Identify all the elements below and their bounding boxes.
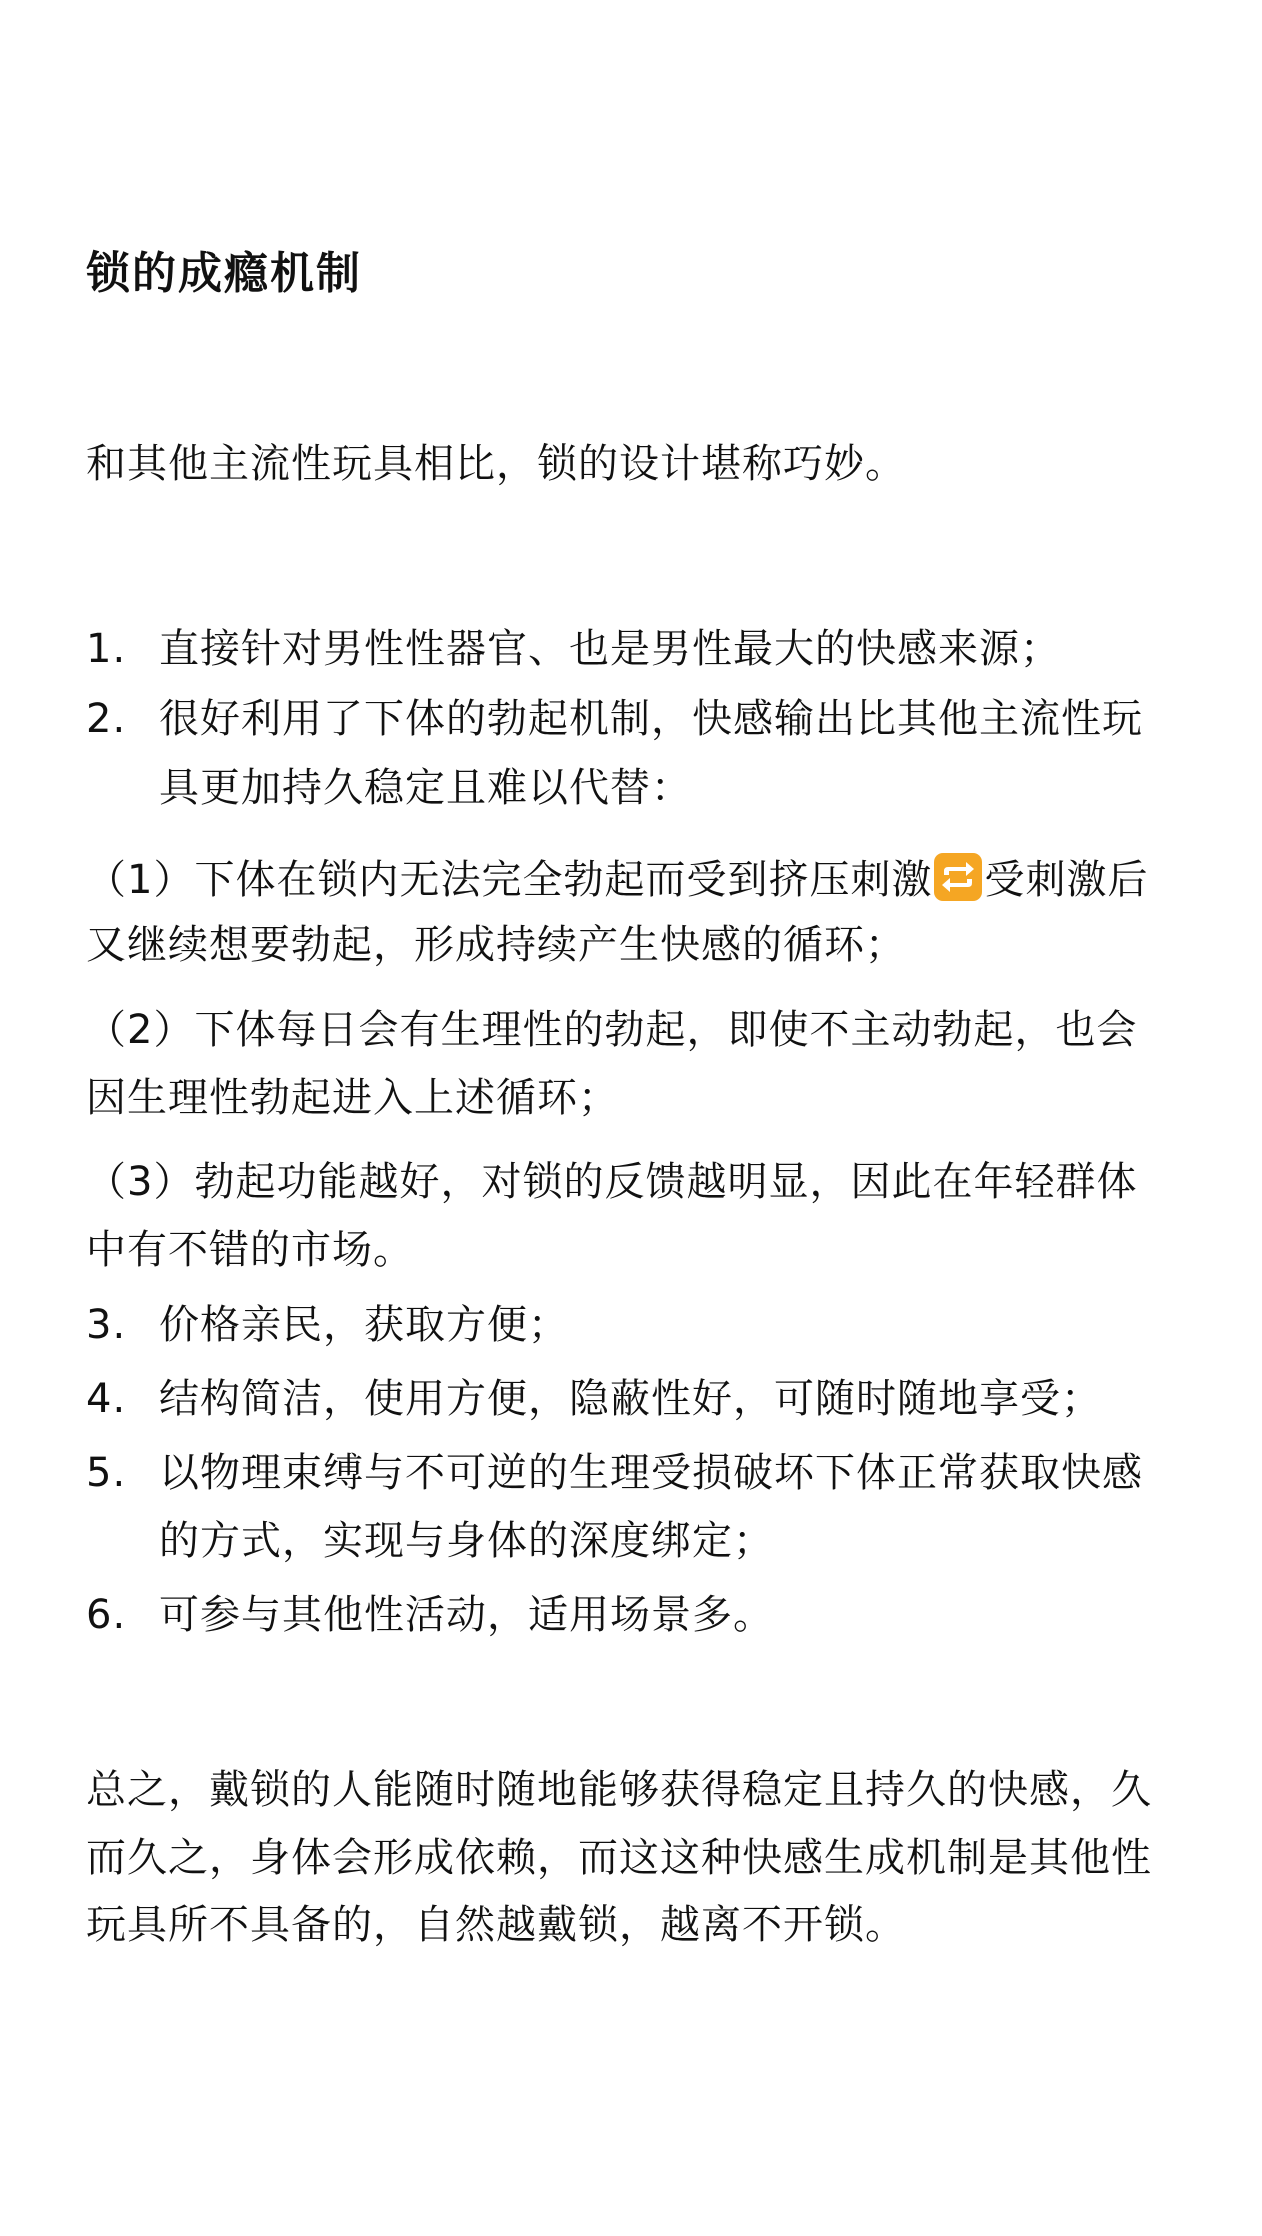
- sub-item-line-cont: 又继续想要勃起，形成持续产生快感的循环；: [86, 921, 906, 969]
- list-item-text-cont: 具更加持久稳定且难以代替：: [159, 764, 692, 812]
- list-item-text-cont: 的方式，实现与身体的深度绑定；: [159, 1517, 774, 1565]
- sub-item-line: （1）下体在锁内无法完全勃起而受到挤压刺激受刺激后: [86, 853, 1148, 904]
- sub-item-line-cont: 中有不错的市场。: [86, 1226, 414, 1274]
- list-item-text: 很好利用了下体的勃起机制，快感输出比其他主流性玩: [159, 695, 1143, 743]
- list-number: 2.: [86, 695, 156, 743]
- list-number: 1.: [86, 625, 156, 673]
- list-item-text: 以物理束缚与不可逆的生理受损破坏下体正常获取快感: [159, 1449, 1143, 1497]
- conclusion-line: 而久之，身体会形成依赖，而这这种快感生成机制是其他性: [86, 1834, 1152, 1882]
- repeat-icon: [934, 853, 982, 901]
- sub-item-text: （1）下体在锁内无法完全勃起而受到挤压刺激: [86, 857, 932, 903]
- conclusion-line: 总之，戴锁的人能随时随地能够获得稳定且持久的快感，久: [86, 1766, 1152, 1814]
- list-number: 3.: [86, 1301, 156, 1349]
- list-item-text: 直接针对男性性器官、也是男性最大的快感来源；: [159, 625, 1061, 673]
- list-item-text: 价格亲民，获取方便；: [159, 1301, 569, 1349]
- sub-item-text: 受刺激后: [984, 857, 1148, 903]
- sub-item-line: （2）下体每日会有生理性的勃起，即使不主动勃起，也会: [86, 1006, 1137, 1054]
- intro-paragraph: 和其他主流性玩具相比，锁的设计堪称巧妙。: [86, 440, 906, 488]
- list-number: 5.: [86, 1449, 156, 1497]
- list-number: 4.: [86, 1375, 156, 1423]
- conclusion-line: 玩具所不具备的，自然越戴锁，越离不开锁。: [86, 1901, 906, 1949]
- list-item-text: 可参与其他性活动，适用场景多。: [159, 1591, 774, 1639]
- page-title: 锁的成瘾机制: [86, 246, 362, 302]
- list-item-text: 结构简洁，使用方便，隐蔽性好，可随时随地享受；: [159, 1375, 1102, 1423]
- sub-item-line-cont: 因生理性勃起进入上述循环；: [86, 1074, 619, 1122]
- list-number: 6.: [86, 1591, 156, 1639]
- sub-item-line: （3）勃起功能越好，对锁的反馈越明显，因此在年轻群体: [86, 1158, 1137, 1206]
